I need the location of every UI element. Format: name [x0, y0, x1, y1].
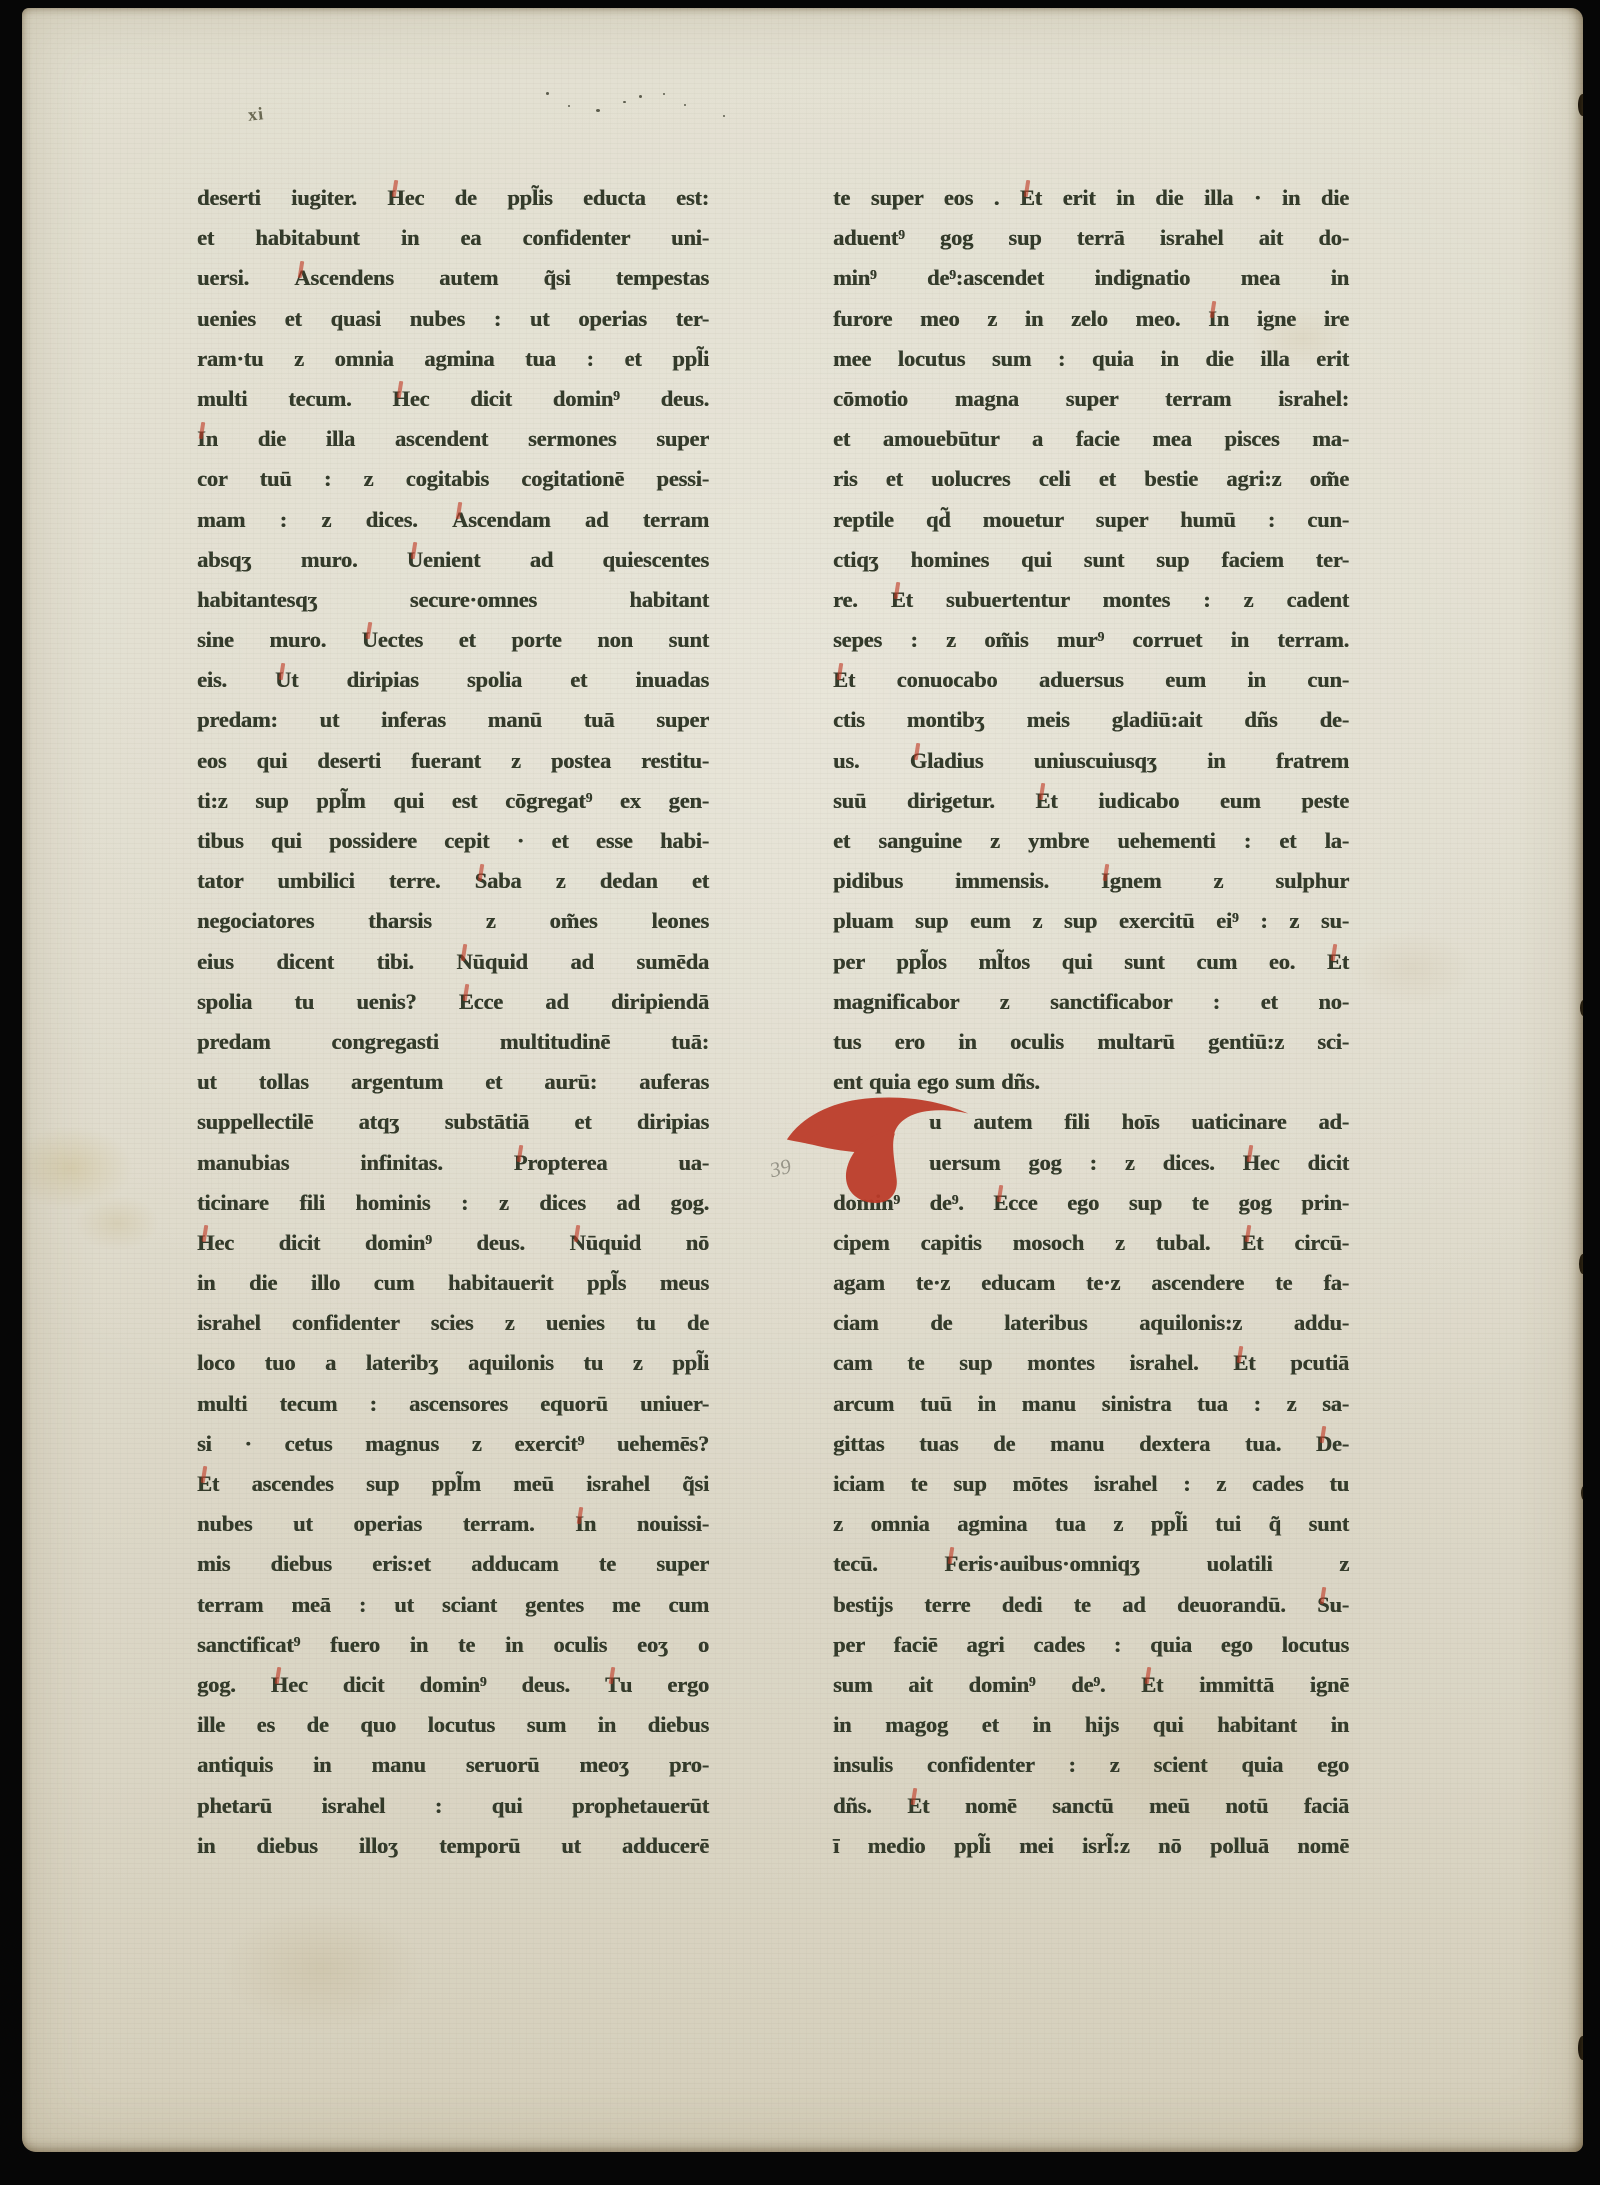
ink-speck — [723, 115, 725, 117]
ink-speck — [546, 92, 549, 95]
rubricated-capital: E — [907, 1786, 922, 1826]
text-line: israhel confidenter scies z uenies tu de — [197, 1303, 709, 1343]
text-line: z omnia agmina tua z ppl̃i tui q̃ sunt — [833, 1504, 1349, 1544]
text-line: eius dicent tibi. Nūquid ad sumēda — [197, 942, 709, 982]
text-line: pidibus immensis. Ignem z sulphur — [833, 861, 1349, 901]
rubricated-capital: E — [1020, 178, 1035, 218]
ink-speck — [596, 109, 600, 112]
ink-speck — [568, 105, 570, 107]
rubricated-capital: T — [605, 1665, 620, 1705]
text-line: iciam te sup mōtes israhel : z cades tu — [833, 1464, 1349, 1504]
text-line: ris et uolucres celi et bestie agri:z om… — [833, 459, 1349, 499]
rubricated-capital: E — [1141, 1665, 1156, 1705]
edge-nick — [1581, 1486, 1587, 1500]
text-line: mee locutus sum : quia in die illa erit — [833, 339, 1349, 379]
text-line: re. Et subuertentur montes : z cadent — [833, 580, 1349, 620]
rubricated-capital: D — [1316, 1424, 1332, 1464]
text-line: bestijs terre dedi te ad deuorandū. Su- — [833, 1585, 1349, 1625]
text-line: loco tuo a lateribʒ aquilonis tu z ppl̃i — [197, 1343, 709, 1383]
chapter-initial-T-lombard — [785, 1093, 971, 1214]
text-line: deserti iugiter. Hec de ppl̃is educta es… — [197, 178, 709, 218]
rubricated-capital: H — [387, 178, 404, 218]
text-line: cam te sup montes israhel. Et pcutiā — [833, 1343, 1349, 1383]
rubricated-capital: I — [1101, 861, 1110, 901]
text-line: uenies et quasi nubes : ut operias ter- — [197, 299, 709, 339]
text-line: tator umbilici terre. Saba z dedan et — [197, 861, 709, 901]
text-line: suppellectilē atqʒ substātiā et diripias — [197, 1102, 709, 1142]
rubricated-capital: H — [197, 1223, 214, 1263]
text-line: multi tecum : ascensores equorū uniuer- — [197, 1384, 709, 1424]
rubricated-capital: E — [1035, 781, 1050, 821]
text-line: tus ero in oculis multarū gentiū:z sci- — [833, 1022, 1349, 1062]
text-line: terram meā : ut sciant gentes me cum — [197, 1585, 709, 1625]
edge-nick — [1580, 1000, 1587, 1016]
rubricated-capital: E — [1233, 1343, 1248, 1383]
text-line: mis diebus eris:et adducam te super — [197, 1544, 709, 1584]
text-line: mam : z dices. Ascendam ad terram — [197, 500, 709, 540]
text-line: et amouebūtur a facie mea pisces ma- — [833, 419, 1349, 459]
rubricated-capital: U — [407, 540, 423, 580]
folio-mark: xi — [247, 103, 265, 126]
text-line: ctiqʒ homines qui sunt sup faciem ter- — [833, 540, 1349, 580]
rubricated-capital: E — [993, 1183, 1008, 1223]
edge-nick — [1578, 94, 1587, 116]
text-line: pluam sup eum z sup exercitū ei⁹ : z su- — [833, 901, 1349, 941]
rubricated-capital: F — [944, 1544, 958, 1584]
text-line: predam congregasti multitudinē tuā: — [197, 1022, 709, 1062]
rubricated-capital: I — [575, 1504, 584, 1544]
ink-speck — [663, 93, 665, 95]
text-line: antiquis in manu seruorū meoʒ pro- — [197, 1745, 709, 1785]
text-line: min⁹ de⁹:ascendet indignatio mea in — [833, 258, 1349, 298]
rubricated-capital: H — [392, 379, 409, 419]
rubricated-capital: H — [271, 1665, 288, 1705]
text-line: cor tuū : z cogitabis cogitationē pessi- — [197, 459, 709, 499]
rubricated-capital: E — [459, 982, 474, 1022]
text-line: cipem capitis mosoch z tubal. Et circū- — [833, 1223, 1349, 1263]
text-line: gog. Hec dicit domin⁹ deus. Tu ergo — [197, 1665, 709, 1705]
text-line: te super eos . Et erit in die illa · in … — [833, 178, 1349, 218]
text-line: magnificabor z sanctificabor : et no- — [833, 982, 1349, 1022]
rubricated-capital: N — [570, 1223, 586, 1263]
text-line: ctis montibʒ meis gladiū:ait dñs de- — [833, 700, 1349, 740]
text-line: us. Gladius uniuscuiusqʒ in fratrem — [833, 741, 1349, 781]
rubricated-capital: S — [475, 861, 487, 901]
text-line: furore meo z in zelo meo. In igne ire — [833, 299, 1349, 339]
text-line: ille es de quo locutus sum in diebus — [197, 1705, 709, 1745]
text-line: in diebus illoʒ temporū ut adducerē — [197, 1826, 709, 1866]
rubricated-capital: A — [452, 500, 468, 540]
manuscript-leaf: xi deserti iugiter. Hec de ppl̃is educta… — [22, 8, 1583, 2152]
rubricated-capital: N — [456, 942, 472, 982]
text-column-right: te super eos . Et erit in die illa · in … — [833, 178, 1349, 1866]
text-line: ram·tu z omnia agmina tua : et ppl̃i — [197, 339, 709, 379]
text-line: agam te·z educam te·z ascendere te fa- — [833, 1263, 1349, 1303]
text-column-left: deserti iugiter. Hec de ppl̃is educta es… — [197, 178, 709, 1866]
rubricated-capital: E — [1241, 1223, 1256, 1263]
text-line: sanctificat⁹ fuero in te in oculis eoʒ o — [197, 1625, 709, 1665]
text-line: tibus qui possidere cepit · et esse habi… — [197, 821, 709, 861]
text-line: sepes : z om̃is mur⁹ corruet in terram. — [833, 620, 1349, 660]
rubricated-capital: A — [294, 258, 310, 298]
text-line: eis. Ut diripias spolia et inuadas — [197, 660, 709, 700]
text-line: per faciē agri cades : quia ego locutus — [833, 1625, 1349, 1665]
rubricated-capital: E — [891, 580, 906, 620]
text-line: multi tecum. Hec dicit domin⁹ deus. — [197, 379, 709, 419]
edge-nick — [1579, 1254, 1587, 1274]
rubricated-capital: I — [197, 419, 206, 459]
text-line: nubes ut operias terram. In nouissi- — [197, 1504, 709, 1544]
text-line: habitantesqʒ secure·omnes habitant — [197, 580, 709, 620]
text-line: Hec dicit domin⁹ deus. Nūquid nō — [197, 1223, 709, 1263]
text-line: predam: ut inferas manū tuā super — [197, 700, 709, 740]
text-line: Et ascendes sup ppl̃m meū israhel q̃si — [197, 1464, 709, 1504]
text-line: aduent⁹ gog sup terrā israhel ait do- — [833, 218, 1349, 258]
rubricated-capital: P — [514, 1143, 528, 1183]
text-line: arcum tuū in manu sinistra tua : z sa- — [833, 1384, 1349, 1424]
ink-speck — [639, 95, 642, 98]
edge-nick — [1578, 2036, 1587, 2060]
rubricated-capital: S — [1317, 1585, 1329, 1625]
text-line: tecū. Feris·auibus·omniqʒ uolatili z — [833, 1544, 1349, 1584]
rubricated-capital: E — [833, 660, 848, 700]
rubricated-capital: U — [362, 620, 378, 660]
photo-background: xi deserti iugiter. Hec de ppl̃is educta… — [0, 0, 1600, 2185]
text-line: spolia tu uenis? Ecce ad diripiendā — [197, 982, 709, 1022]
text-line: sum ait domin⁹ de⁹. Et immittā ignē — [833, 1665, 1349, 1705]
rubricated-capital: U — [275, 660, 291, 700]
text-line: gittas tuas de manu dextera tua. De- — [833, 1424, 1349, 1464]
text-line: Et conuocabo aduersus eum in cun- — [833, 660, 1349, 700]
text-line: ciam de lateribus aquilonis:z addu- — [833, 1303, 1349, 1343]
text-line: insulis confidenter : z scient quia ego — [833, 1745, 1349, 1785]
rubricated-capital: E — [197, 1464, 212, 1504]
rubricated-capital: G — [910, 741, 927, 781]
text-line: cōmotio magna super terram israhel: — [833, 379, 1349, 419]
text-line: in magog et in hijs qui habitant in — [833, 1705, 1349, 1745]
text-line: si · cetus magnus z exercit⁹ uehemēs? — [197, 1424, 709, 1464]
text-line: suū dirigetur. Et iudicabo eum peste — [833, 781, 1349, 821]
text-line: negociatores tharsis z om̃es leones — [197, 901, 709, 941]
text-line: sine muro. Uectes et porte non sunt — [197, 620, 709, 660]
text-line: in die illo cum habitauerit ppl̃s meus — [197, 1263, 709, 1303]
text-line: reptile qd̃ mouetur super humū : cun- — [833, 500, 1349, 540]
rubricated-capital: E — [1327, 942, 1342, 982]
text-line: ut tollas argentum et aurū: auferas — [197, 1062, 709, 1102]
text-line: uersi. Ascendens autem q̃si tempestas — [197, 258, 709, 298]
text-line: per ppl̃os ml̃tos qui sunt cum eo. Et — [833, 942, 1349, 982]
text-line: et sanguine z ymbre uehementi : et la- — [833, 821, 1349, 861]
text-line: ti:z sup ppl̃m qui est cōgregat⁹ ex gen- — [197, 781, 709, 821]
rubricated-capital: I — [1208, 299, 1217, 339]
text-line: dñs. Et nomē sanctū meū notū faciā — [833, 1786, 1349, 1826]
text-line: et habitabunt in ea confidenter uni- — [197, 218, 709, 258]
ink-speck — [684, 104, 686, 106]
text-line: ī medio ppl̃i mei isrl̃:z nō polluā nomē — [833, 1826, 1349, 1866]
ink-speck — [623, 101, 626, 103]
text-line: absqʒ muro. Uenient ad quiescentes — [197, 540, 709, 580]
text-line: eos qui deserti fuerant z postea restitu… — [197, 741, 709, 781]
text-line: ticinare fili hominis : z dices ad gog. — [197, 1183, 709, 1223]
text-line: In die illa ascendent sermones super — [197, 419, 709, 459]
text-line: phetarū israhel : qui prophetauerūt — [197, 1786, 709, 1826]
text-line: manubias infinitas. Propterea ua- — [197, 1143, 709, 1183]
rubricated-capital: H — [1243, 1143, 1260, 1183]
